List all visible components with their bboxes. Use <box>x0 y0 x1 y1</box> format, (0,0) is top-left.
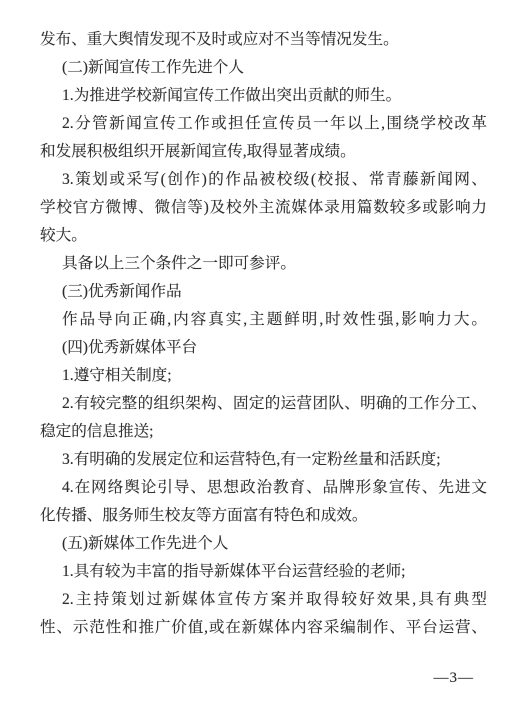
text-line: 1.具有较为丰富的指导新媒体平台运营经验的老师; <box>40 558 487 586</box>
document-body: 发布、重大舆情发现不及时或应对不当等情况发生。 (二)新闻宣传工作先进个人 1.… <box>40 26 487 642</box>
text-line: 发布、重大舆情发现不及时或应对不当等情况发生。 <box>40 26 487 54</box>
text-line: 和发展积极组织开展新闻宣传,取得显著成绩。 <box>40 138 487 166</box>
section-heading: (二)新闻宣传工作先进个人 <box>40 54 487 82</box>
text-line: 1.遵守相关制度; <box>40 362 487 390</box>
text-line: 性、示范性和推广价值,或在新媒体内容采编制作、平台运营、 <box>40 614 487 642</box>
section-heading: (四)优秀新媒体平台 <box>40 334 487 362</box>
text-line: 3.有明确的发展定位和运营特色,有一定粉丝量和活跃度; <box>40 446 487 474</box>
document-page: 发布、重大舆情发现不及时或应对不当等情况发生。 (二)新闻宣传工作先进个人 1.… <box>0 0 518 727</box>
text-line: 作品导向正确,内容真实,主题鲜明,时效性强,影响力大。 <box>40 306 487 334</box>
page-number: —3— <box>434 665 475 691</box>
text-line: 学校官方微博、微信等)及校外主流媒体录用篇数较多或影响力 <box>40 194 487 222</box>
text-line: 2.主持策划过新媒体宣传方案并取得较好效果,具有典型 <box>40 586 487 614</box>
section-heading: (五)新媒体工作先进个人 <box>40 530 487 558</box>
section-heading: (三)优秀新闻作品 <box>40 278 487 306</box>
text-line: 4.在网络舆论引导、思想政治教育、品牌形象宣传、先进文 <box>40 474 487 502</box>
text-line: 较大。 <box>40 222 487 250</box>
text-line: 2.有较完整的组织架构、固定的运营团队、明确的工作分工、 <box>40 390 487 418</box>
text-line: 3.策划或采写(创作)的作品被校级(校报、常青藤新闻网、 <box>40 166 487 194</box>
text-line: 化传播、服务师生校友等方面富有特色和成效。 <box>40 502 487 530</box>
text-line: 具备以上三个条件之一即可参评。 <box>40 250 487 278</box>
text-line: 1.为推进学校新闻宣传工作做出突出贡献的师生。 <box>40 82 487 110</box>
text-line: 2.分管新闻宣传工作或担任宣传员一年以上,围绕学校改革 <box>40 110 487 138</box>
text-line: 稳定的信息推送; <box>40 418 487 446</box>
